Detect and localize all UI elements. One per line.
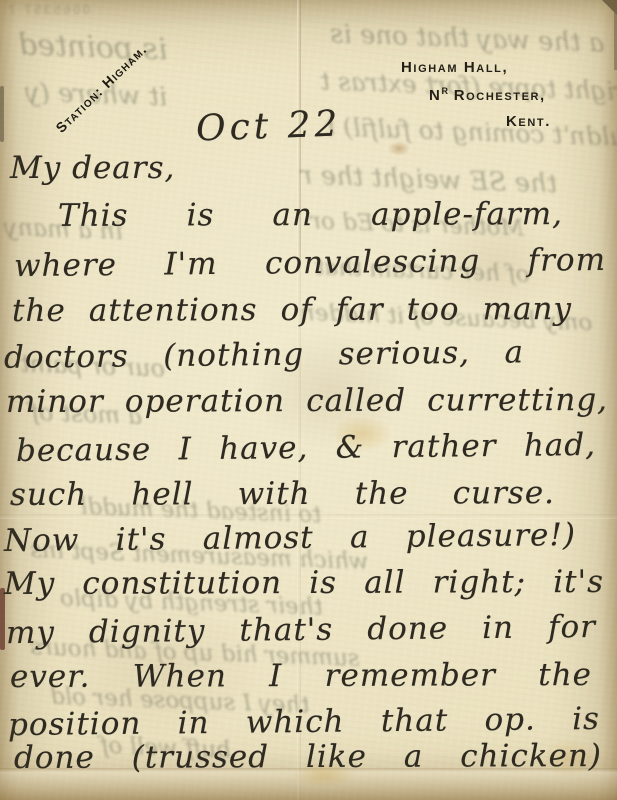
- letter-line-3: the attentions of far too many: [12, 292, 572, 328]
- dark-edge-left: [0, 86, 4, 142]
- bleedthrough-fragment: the SE weight the r: [300, 161, 558, 200]
- paper-stain: [388, 141, 410, 156]
- bleedthrough-number: 0065357 7: [6, 2, 90, 17]
- letter-line-4: doctors (nothing serious, a: [4, 335, 524, 375]
- letter-line-1: This is an apple-farm,: [58, 197, 563, 233]
- letterhead-rochester: Rochester,: [448, 87, 546, 104]
- bleedthrough-fragment: a the way that one is: [330, 19, 605, 59]
- letterhead-line-1: Higham Hall,: [401, 59, 508, 76]
- date-line: Oct 22: [195, 103, 342, 149]
- letter-line-13: done (trussed like a chicken): [14, 739, 602, 775]
- letter-line-7: such hell with the curse.: [10, 476, 555, 512]
- letterhead-nr-n: N: [429, 87, 441, 104]
- letterhead-line-3: Kent.: [506, 113, 551, 130]
- salutation: My dears,: [10, 150, 175, 186]
- letter-line-5: minor operation called curretting,: [6, 383, 608, 419]
- bottom-fold-strip: [0, 772, 617, 800]
- letter-line-12: position in which that op. is: [8, 702, 600, 742]
- letter-line-10: my dignity that's done in for: [6, 610, 596, 650]
- station-stamp: Station: Higham.: [52, 41, 150, 136]
- letter-line-11: ever. When I remember the: [10, 658, 592, 694]
- letter-line-6: because I have, & rather had,: [16, 428, 596, 468]
- letter-line-2: where I'm convalescing from: [14, 243, 606, 283]
- letterhead-line-2: NR Rochester,: [429, 86, 546, 104]
- letter-line-9: My constitution is all right; it's: [4, 565, 604, 601]
- letter-page: 0065357 7 is pointedit where (ya the way…: [0, 0, 617, 800]
- bleedthrough-fragment: couldn't coming to fulfil) t: [325, 112, 617, 152]
- letter-line-8: Now it's almost a pleasure!): [4, 518, 576, 558]
